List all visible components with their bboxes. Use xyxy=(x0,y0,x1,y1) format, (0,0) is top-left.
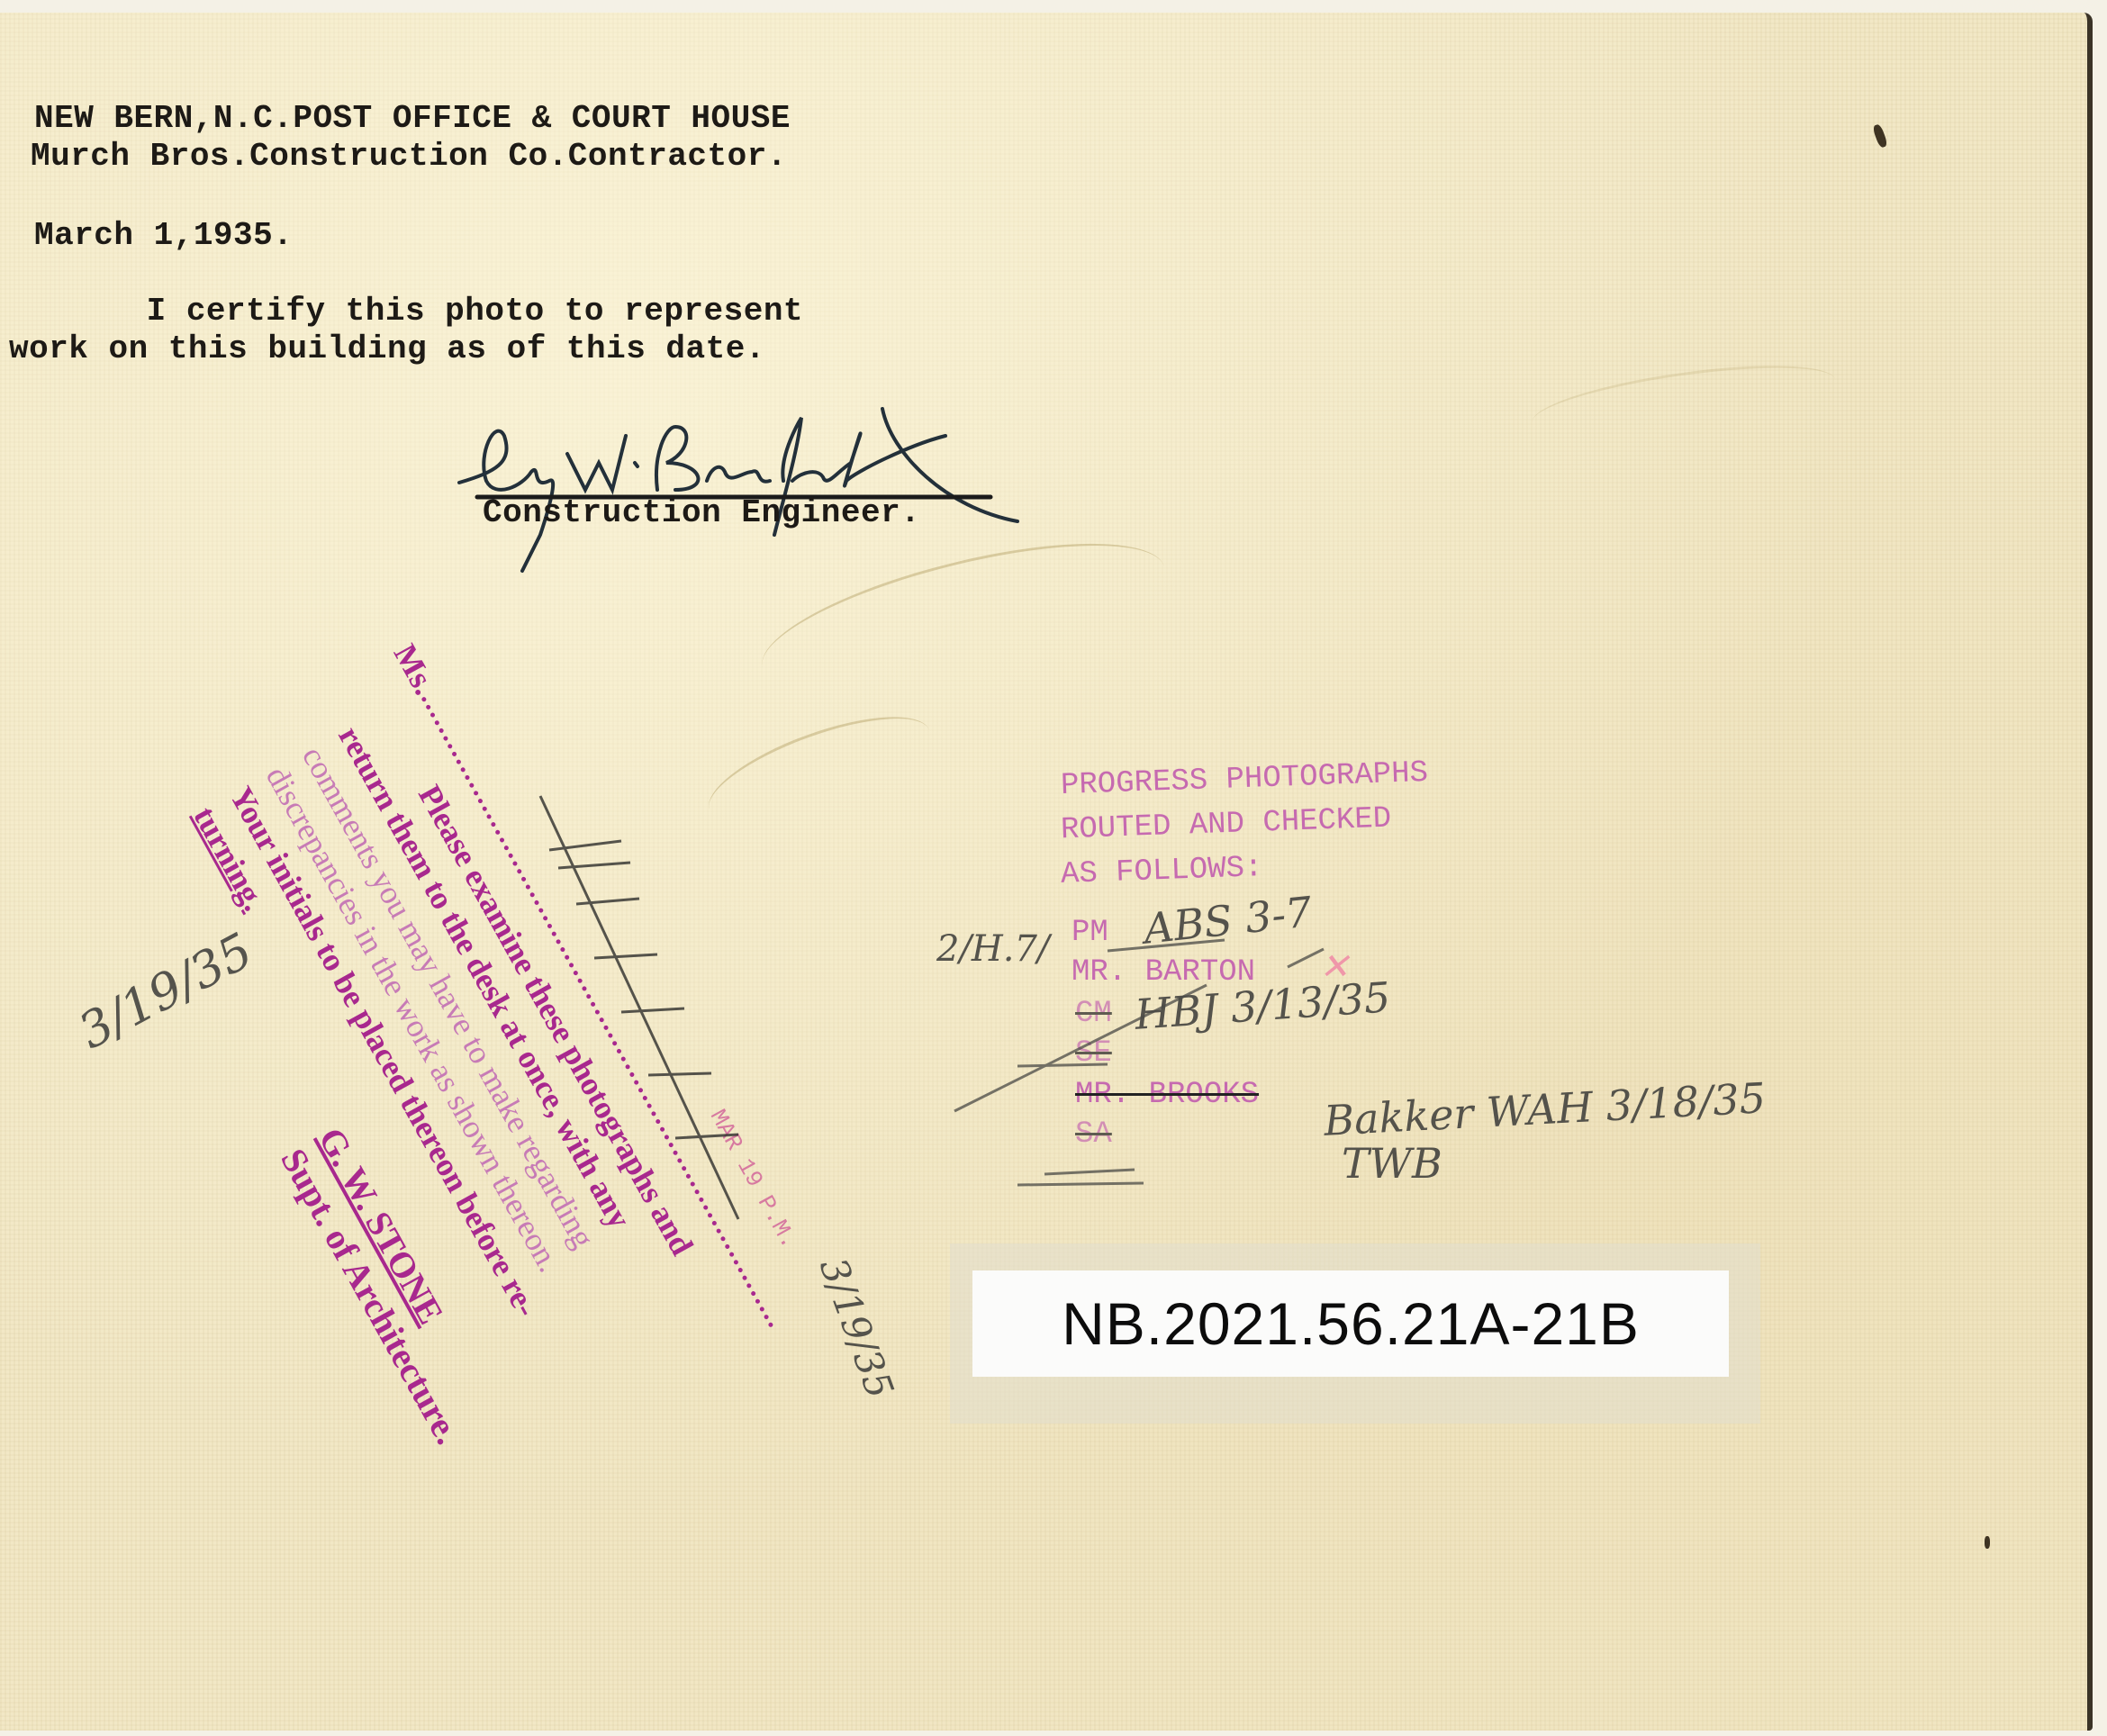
pencil-strike-lines xyxy=(900,913,1531,1201)
routing-heading-3: AS FOLLOWS: xyxy=(1060,853,1262,891)
stain-mark xyxy=(1872,123,1888,149)
certification-line-2: work on this building as of this date. xyxy=(9,333,765,366)
routing-heading-1: PROGRESS PHOTOGRAPHS xyxy=(1061,758,1429,801)
accession-number: NB.2021.56.21A-21B xyxy=(1062,1289,1640,1358)
photo-verso-sheet: NEW BERN,N.C.POST OFFICE & COURT HOUSE M… xyxy=(0,13,2093,1731)
certification-line-1: I certify this photo to represent xyxy=(27,295,803,328)
red-pencil-mark: ✕ xyxy=(1319,949,1350,985)
header-line-1: NEW BERN,N.C.POST OFFICE & COURT HOUSE xyxy=(34,103,791,135)
accession-label: NB.2021.56.21A-21B xyxy=(972,1270,1729,1377)
pencil-name-over-line xyxy=(522,787,756,1237)
document-date: March 1,1935. xyxy=(34,220,293,252)
fold-crease xyxy=(1528,352,1839,451)
header-line-2: Murch Bros.Construction Co.Contractor. xyxy=(31,140,787,173)
routing-heading-2: ROUTED AND CHECKED xyxy=(1061,804,1392,846)
signature xyxy=(441,400,1072,580)
pencil-note-lower-date: 3/19/35 xyxy=(814,1253,900,1404)
signature-title: Construction Engineer. xyxy=(483,497,920,529)
addressee-prefix: Ms. xyxy=(386,637,444,701)
stain-mark xyxy=(1985,1536,1990,1549)
